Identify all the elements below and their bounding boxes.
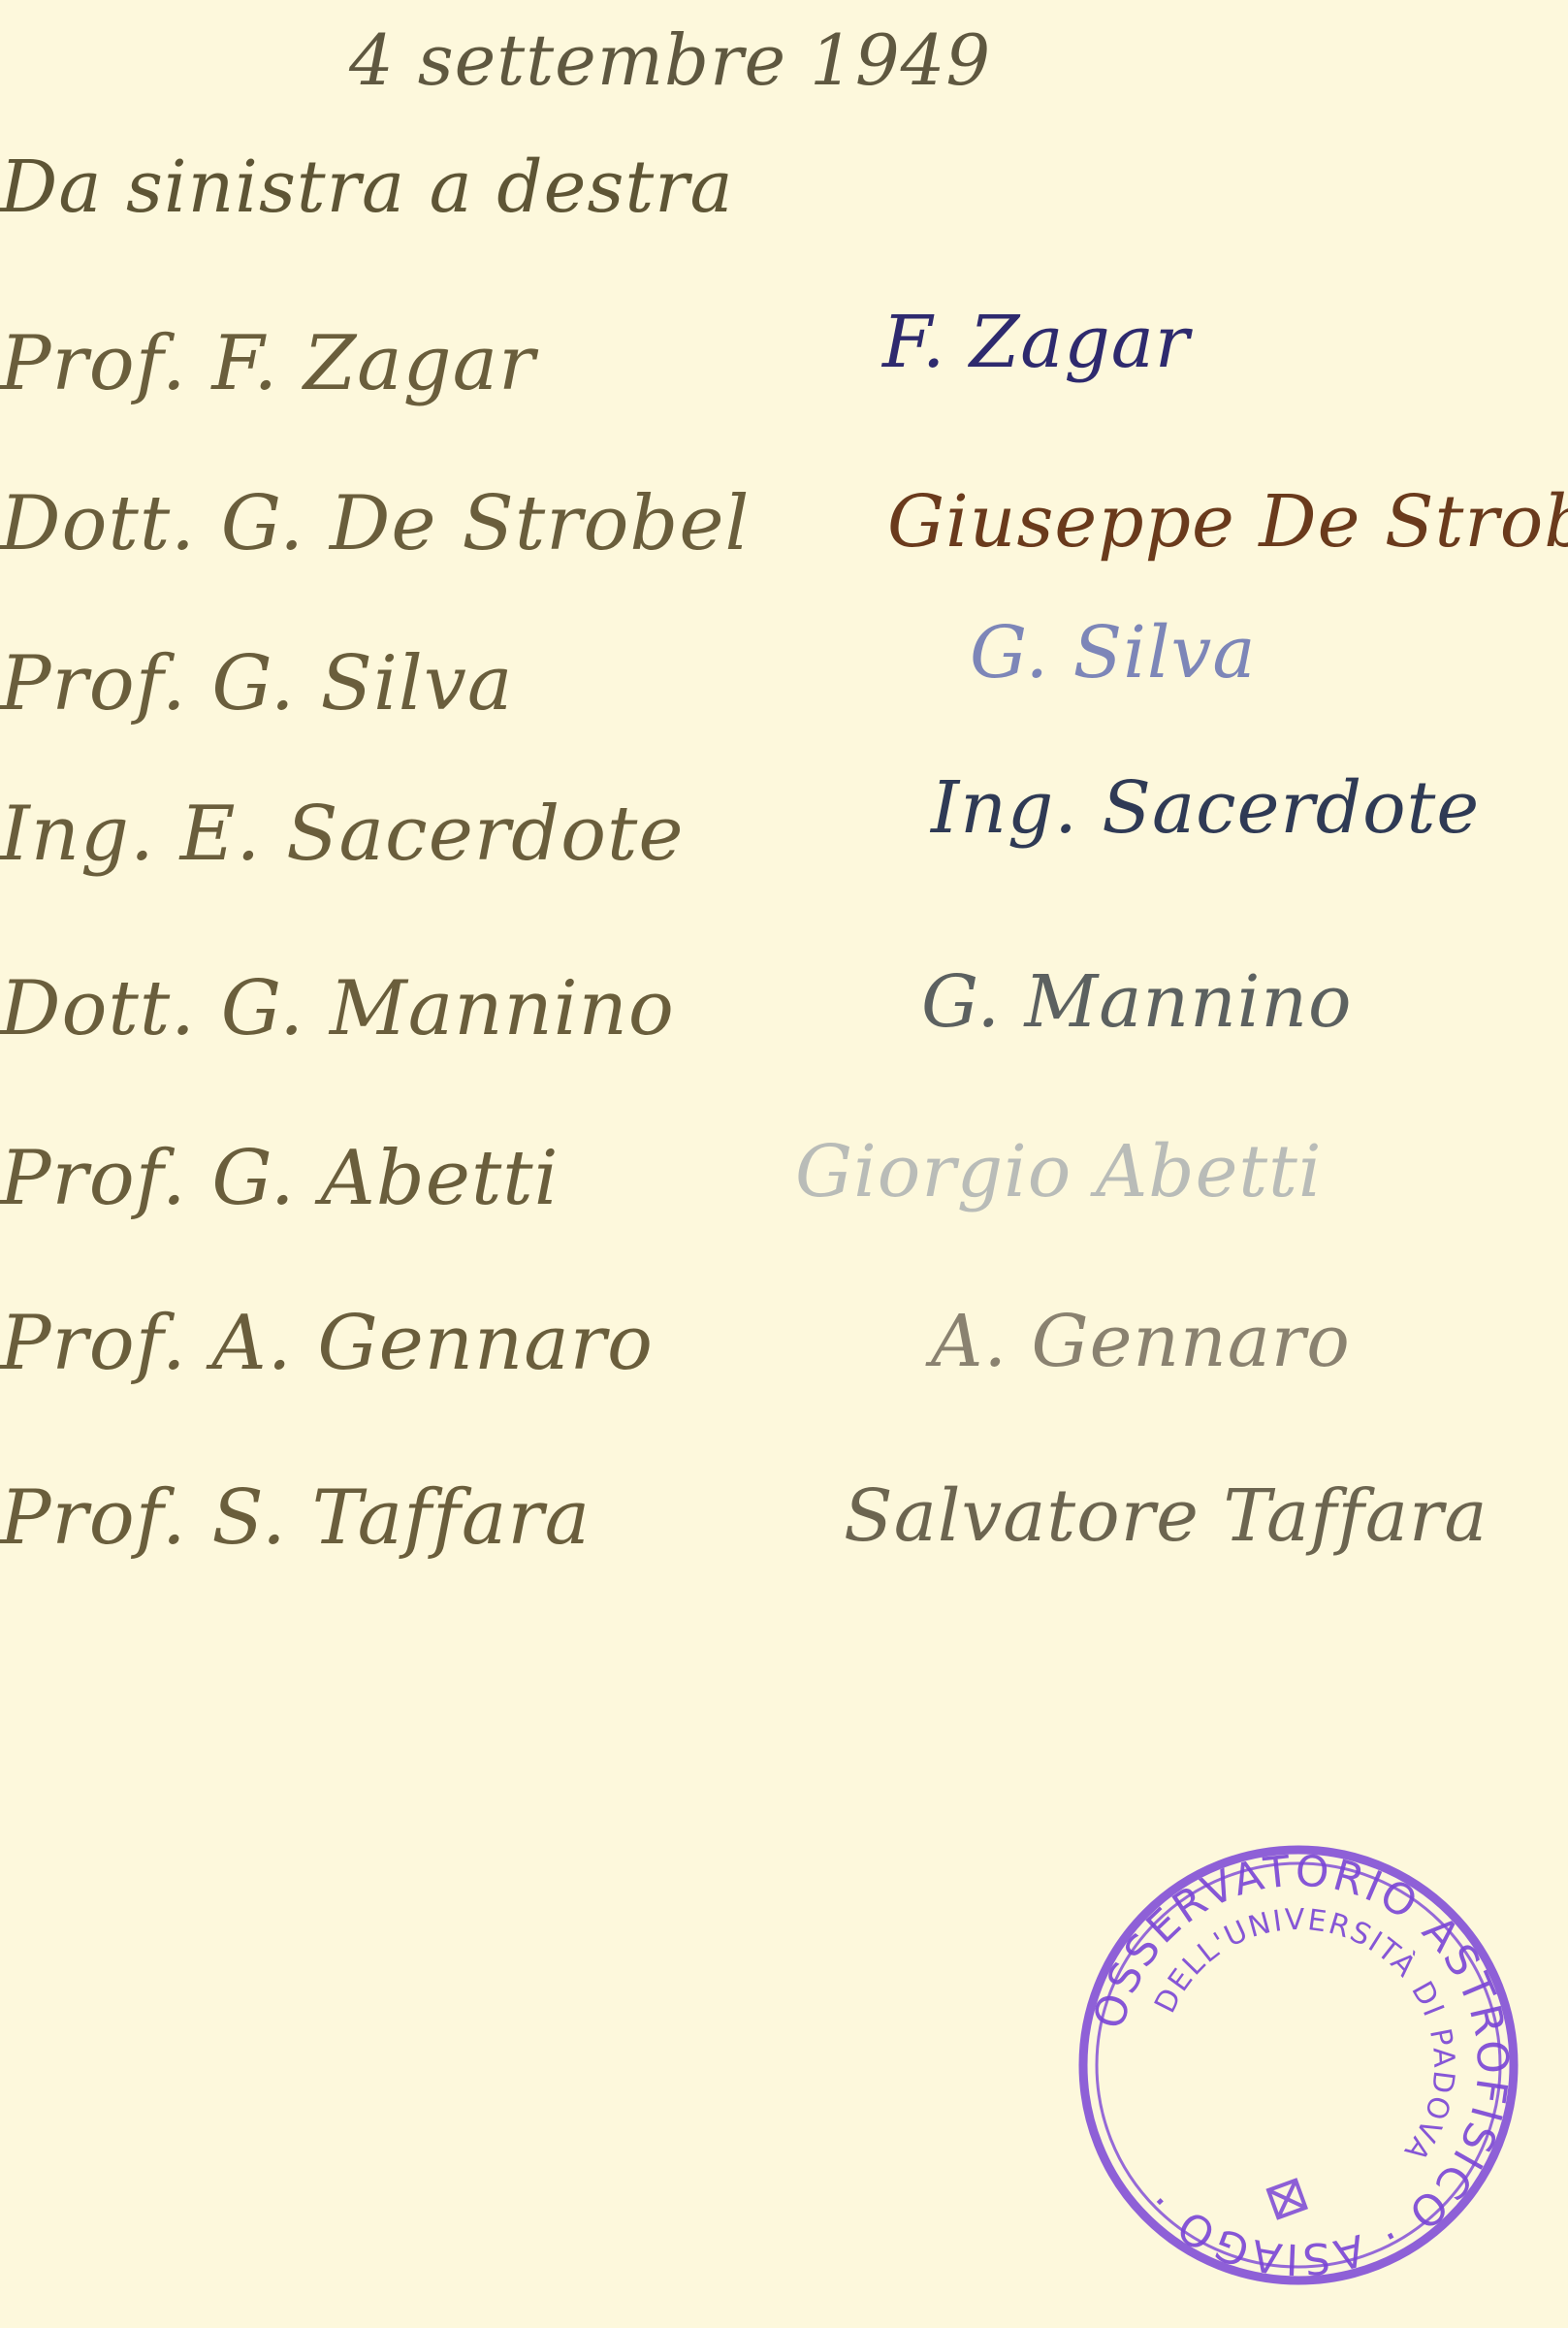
typed-name-1: Prof. F. Zagar — [0, 320, 535, 407]
signature-4: Ing. Sacerdote — [931, 766, 1480, 850]
typed-name-7: Prof. A. Gennaro — [0, 1300, 654, 1387]
typed-name-6: Prof. G. Abetti — [0, 1135, 560, 1222]
signature-1: F. Zagar — [882, 301, 1190, 384]
document-date: 4 settembre 1949 — [349, 19, 991, 101]
signature-5: G. Mannino — [921, 960, 1353, 1044]
signature-6: Giorgio Abetti — [795, 1130, 1323, 1213]
document-subtitle: Da sinistra a destra — [0, 145, 734, 229]
typed-name-8: Prof. S. Taffara — [0, 1474, 591, 1562]
stamp-inner-text: DELL'UNIVERSITÀ DI PADOVA — [1148, 1903, 1460, 2168]
signature-2: Giuseppe De Strobel — [887, 480, 1568, 564]
typed-name-5: Dott. G. Mannino — [0, 965, 675, 1052]
typed-name-2: Dott. G. De Strobel — [0, 480, 750, 567]
document-page: 4 settembre 1949 Da sinistra a destra Pr… — [0, 0, 1568, 2328]
observatory-stamp: OSSERVATORIO ASTROFISICO · ASIAGO · DELL… — [1074, 1841, 1522, 2289]
signature-8: Salvatore Taffara — [844, 1474, 1488, 1558]
stamp-seal-icon: OSSERVATORIO ASTROFISICO · ASIAGO · DELL… — [1074, 1841, 1522, 2289]
svg-text:DELL'UNIVERSITÀ DI PADOVA: DELL'UNIVERSITÀ DI PADOVA — [1148, 1903, 1460, 2168]
signature-3: G. Silva — [970, 611, 1256, 695]
typed-name-3: Prof. G. Silva — [0, 640, 513, 727]
typed-name-4: Ing. E. Sacerdote — [0, 791, 685, 878]
signature-7: A. Gennaro — [931, 1300, 1351, 1383]
